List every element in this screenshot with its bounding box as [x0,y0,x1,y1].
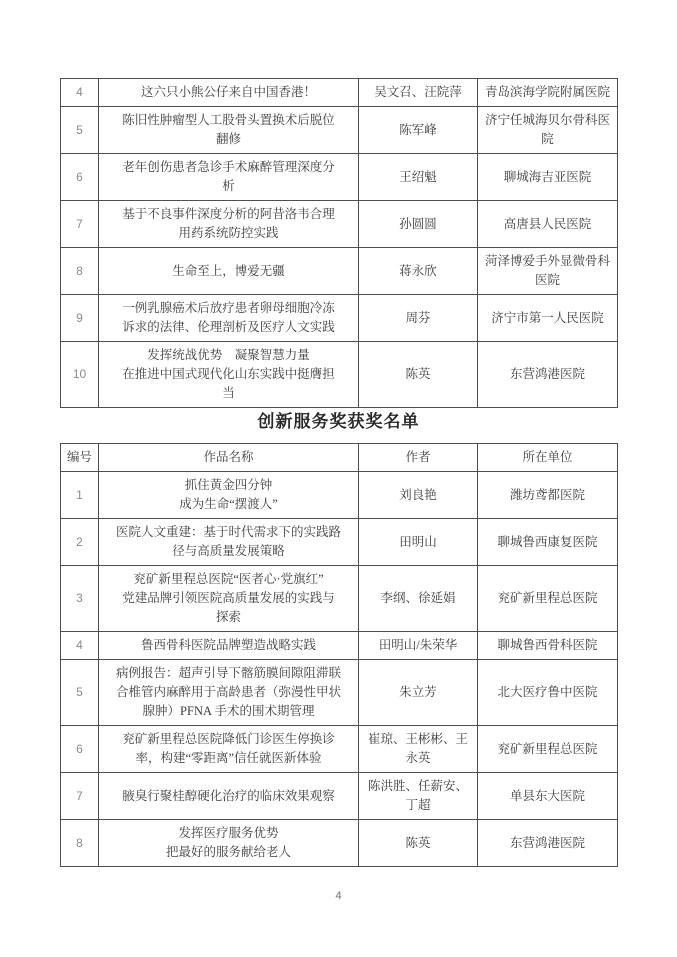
author-names-cell: 崔琼、王彬彬、王 永英 [359,726,478,773]
column-header-organization: 所在单位 [478,444,618,472]
table-row: 5病例报告：超声引导下髂筋膜间隙阻滞联 合椎管内麻醉用于高龄患者（弥漫性甲状 腺… [61,660,618,726]
author-names-cell: 王绍魁 [359,154,478,201]
row-number-cell: 4 [61,632,99,660]
organization-name-cell: 高唐县人民医院 [478,201,618,248]
author-names-cell: 李纲、徐延娟 [359,566,478,632]
table-row: 7腋臭行聚桂醇硬化治疗的临床效果观察陈洪胜、任薪安、 丁超单县东大医院 [61,773,618,820]
table-row: 4这六只小熊公仔来自中国香港！吴文召、汪院萍青岛滨海学院附属医院 [61,79,618,107]
organization-name-cell: 单县东大医院 [478,773,618,820]
organization-name-cell: 聊城鲁西骨科医院 [478,632,618,660]
author-names-cell: 蒋永欣 [359,248,478,295]
organization-name-cell: 济宁市第一人民医院 [478,295,618,342]
author-names-cell: 陈军峰 [359,107,478,154]
row-number-cell: 9 [61,295,99,342]
row-number-cell: 7 [61,201,99,248]
table-row: 8发挥医疗服务优势 把最好的服务献给老人陈英东营鸿港医院 [61,820,618,867]
table-row: 6兖矿新里程总医院降低门诊医生停换诊 率，构建“零距离”信任就医新体验崔琼、王彬… [61,726,618,773]
row-number-cell: 1 [61,472,99,519]
table-row: 9一例乳腺癌术后放疗患者卵母细胞冷冻 诉求的法律、伦理剖析及医疗人文实践周芬济宁… [61,295,618,342]
work-title-cell: 兖矿新里程总医院“医者心·党旗红” 党建品牌引领医院高质量发展的实践与 探索 [99,566,359,632]
author-names-cell: 孙圆圆 [359,201,478,248]
table-row: 4鲁西骨科医院品牌塑造战略实践田明山/朱荣华聊城鲁西骨科医院 [61,632,618,660]
header-row: 编号 作品名称 作者 所在单位 [61,444,618,472]
column-header-author: 作者 [359,444,478,472]
work-title-cell: 这六只小熊公仔来自中国香港！ [99,79,359,107]
work-title-cell: 基于不良事件深度分析的阿昔洛韦合理 用药系统防控实践 [99,201,359,248]
work-title-cell: 鲁西骨科医院品牌塑造战略实践 [99,632,359,660]
organization-name-cell: 青岛滨海学院附属医院 [478,79,618,107]
row-number-cell: 3 [61,566,99,632]
innovation-table-body: 1抓住黄金四分钟 成为生命“摆渡人”刘良艳潍坊鸢都医院2医院人文重建：基于时代需… [61,472,618,867]
column-header-number: 编号 [61,444,99,472]
innovation-table-header: 编号 作品名称 作者 所在单位 [61,444,618,472]
table-row: 10发挥统战优势 凝聚智慧力量 在推进中国式现代化山东实践中挺膺担 当陈英东营鸿… [61,342,618,408]
awards-table-continued: 4这六只小熊公仔来自中国香港！吴文召、汪院萍青岛滨海学院附属医院5陈旧性肿瘤型人… [60,78,618,408]
author-names-cell: 陈英 [359,820,478,867]
table-row: 1抓住黄金四分钟 成为生命“摆渡人”刘良艳潍坊鸢都医院 [61,472,618,519]
work-title-cell: 兖矿新里程总医院降低门诊医生停换诊 率，构建“零距离”信任就医新体验 [99,726,359,773]
organization-name-cell: 东营鸿港医院 [478,820,618,867]
table-row: 5陈旧性肿瘤型人工股骨头置换术后脱位 翻修陈军峰济宁任城海贝尔骨科医 院 [61,107,618,154]
organization-name-cell: 菏泽博爱手外显微骨科 医院 [478,248,618,295]
table-row: 2医院人文重建：基于时代需求下的实践路 径与高质量发展策略田明山聊城鲁西康复医院 [61,519,618,566]
table-row: 6老年创伤患者急诊手术麻醉管理深度分 析王绍魁聊城海吉亚医院 [61,154,618,201]
organization-name-cell: 潍坊鸢都医院 [478,472,618,519]
organization-name-cell: 兖矿新里程总医院 [478,566,618,632]
row-number-cell: 8 [61,820,99,867]
work-title-cell: 陈旧性肿瘤型人工股骨头置换术后脱位 翻修 [99,107,359,154]
row-number-cell: 8 [61,248,99,295]
work-title-cell: 生命至上，博爱无疆 [99,248,359,295]
table-row: 7基于不良事件深度分析的阿昔洛韦合理 用药系统防控实践孙圆圆高唐县人民医院 [61,201,618,248]
table-row: 3兖矿新里程总医院“医者心·党旗红” 党建品牌引领医院高质量发展的实践与 探索李… [61,566,618,632]
organization-name-cell: 北大医疗鲁中医院 [478,660,618,726]
organization-name-cell: 聊城海吉亚医院 [478,154,618,201]
organization-name-cell: 东营鸿港医院 [478,342,618,408]
page-number: 4 [0,890,677,902]
author-names-cell: 田明山/朱荣华 [359,632,478,660]
table-row: 8生命至上，博爱无疆蒋永欣菏泽博爱手外显微骨科 医院 [61,248,618,295]
work-title-cell: 病例报告：超声引导下髂筋膜间隙阻滞联 合椎管内麻醉用于高龄患者（弥漫性甲状 腺肿… [99,660,359,726]
innovation-service-awards-table: 编号 作品名称 作者 所在单位 1抓住黄金四分钟 成为生命“摆渡人”刘良艳潍坊鸢… [60,443,618,867]
author-names-cell: 朱立芳 [359,660,478,726]
author-names-cell: 陈英 [359,342,478,408]
row-number-cell: 5 [61,660,99,726]
row-number-cell: 6 [61,726,99,773]
row-number-cell: 2 [61,519,99,566]
row-number-cell: 5 [61,107,99,154]
work-title-cell: 医院人文重建：基于时代需求下的实践路 径与高质量发展策略 [99,519,359,566]
work-title-cell: 抓住黄金四分钟 成为生命“摆渡人” [99,472,359,519]
awards-table-continued-body: 4这六只小熊公仔来自中国香港！吴文召、汪院萍青岛滨海学院附属医院5陈旧性肿瘤型人… [61,79,618,408]
work-title-cell: 发挥统战优势 凝聚智慧力量 在推进中国式现代化山东实践中挺膺担 当 [99,342,359,408]
work-title-cell: 发挥医疗服务优势 把最好的服务献给老人 [99,820,359,867]
author-names-cell: 吴文召、汪院萍 [359,79,478,107]
document-page: 4这六只小熊公仔来自中国香港！吴文召、汪院萍青岛滨海学院附属医院5陈旧性肿瘤型人… [0,0,677,957]
work-title-cell: 腋臭行聚桂醇硬化治疗的临床效果观察 [99,773,359,820]
author-names-cell: 田明山 [359,519,478,566]
organization-name-cell: 济宁任城海贝尔骨科医 院 [478,107,618,154]
author-names-cell: 周芬 [359,295,478,342]
work-title-cell: 老年创伤患者急诊手术麻醉管理深度分 析 [99,154,359,201]
organization-name-cell: 聊城鲁西康复医院 [478,519,618,566]
section-title: 创新服务奖获奖名单 [0,407,677,432]
organization-name-cell: 兖矿新里程总医院 [478,726,618,773]
author-names-cell: 陈洪胜、任薪安、 丁超 [359,773,478,820]
author-names-cell: 刘良艳 [359,472,478,519]
work-title-cell: 一例乳腺癌术后放疗患者卵母细胞冷冻 诉求的法律、伦理剖析及医疗人文实践 [99,295,359,342]
row-number-cell: 6 [61,154,99,201]
row-number-cell: 10 [61,342,99,408]
row-number-cell: 7 [61,773,99,820]
row-number-cell: 4 [61,79,99,107]
column-header-work-title: 作品名称 [99,444,359,472]
